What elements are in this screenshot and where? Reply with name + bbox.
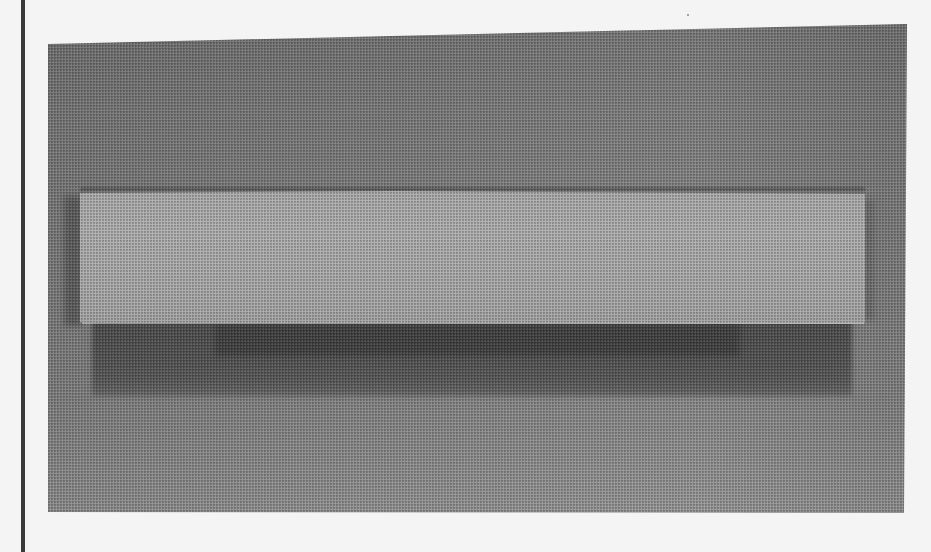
- bar-shadow-left: [64, 196, 82, 326]
- margin-rule: [21, 0, 25, 552]
- dust-speck: [687, 14, 689, 16]
- scanned-page: [0, 0, 931, 552]
- halftone-photograph: [0, 0, 931, 552]
- bar-bottom-edge: [82, 322, 864, 324]
- light-bar-object: [80, 190, 865, 324]
- bar-top-edge: [80, 187, 865, 191]
- bar-shadow-core: [215, 324, 740, 356]
